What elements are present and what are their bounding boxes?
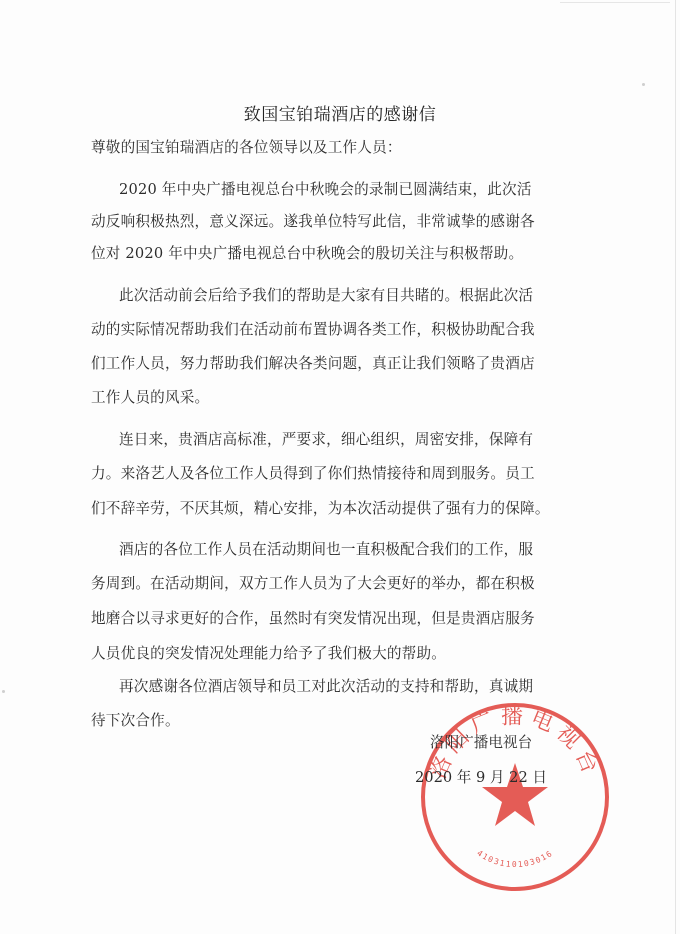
- letter-title: 致国宝铂瑞酒店的感谢信: [0, 100, 680, 125]
- scan-edge: [675, 0, 676, 934]
- signature-date: 2020 年 9 月 22 日: [415, 766, 547, 787]
- official-seal-icon: 洛阳广播电视台 4103110103016: [417, 699, 613, 895]
- body-line: 酒店的各位工作人员在活动期间也一直积极配合我们的工作，服: [119, 540, 533, 560]
- body-line: 待下次合作。: [91, 711, 180, 731]
- body-line: 动反响积极热烈，意义深远。遂我单位特写此信，非常诚挚的感谢各: [91, 212, 535, 232]
- scan-speck: [2, 690, 5, 693]
- body-line: 位对 2020 年中央广播电视总台中秋晚会的殷切关注与积极帮助。: [91, 244, 523, 264]
- body-line: 力。来洛艺人及各位工作人员得到了你们热情接待和周到服务。员工: [91, 464, 535, 484]
- scan-edge-top: [560, 2, 670, 3]
- svg-text:4103110103016: 4103110103016: [475, 849, 554, 870]
- body-line: 此次活动前会后给予我们的帮助是大家有目共睹的。根据此次活: [119, 286, 533, 306]
- body-line: 动的实际情况帮助我们在活动前布置协调各类工作，积极协助配合我: [91, 320, 535, 340]
- letter-page: 致国宝铂瑞酒店的感谢信 尊敬的国宝铂瑞酒店的各位领导以及工作人员： 2020 年…: [0, 0, 680, 934]
- body-line: 工作人员的风采。: [91, 388, 209, 408]
- body-line: 地磨合以寻求更好的合作，虽然时有突发情况出现，但是贵酒店服务: [91, 609, 535, 629]
- body-line: 们不辞辛劳，不厌其烦，精心安排，为本次活动提供了强有力的保障。: [91, 499, 550, 519]
- body-line: 再次感谢各位酒店领导和员工对此次活动的支持和帮助，真诚期: [119, 677, 533, 697]
- body-line: 们工作人员，努力帮助我们解决各类问题，真正让我们领略了贵酒店: [91, 354, 535, 374]
- salutation: 尊敬的国宝铂瑞酒店的各位领导以及工作人员：: [91, 138, 402, 158]
- body-line: 2020 年中央广播电视总台中秋晚会的录制已圆满结束，此次活: [119, 180, 532, 200]
- signature-organization: 洛阳广播电视台: [430, 731, 532, 752]
- seal-serial: 4103110103016: [475, 849, 554, 870]
- scan-speck: [642, 83, 645, 86]
- body-line: 务周到。在活动期间，双方工作人员为了大会更好的举办，都在积极: [91, 574, 535, 594]
- body-line: 连日来，贵酒店高标准，严要求，细心组织，周密安排，保障有: [119, 430, 533, 450]
- body-line: 人员优良的突发情况处理能力给予了我们极大的帮助。: [91, 644, 446, 664]
